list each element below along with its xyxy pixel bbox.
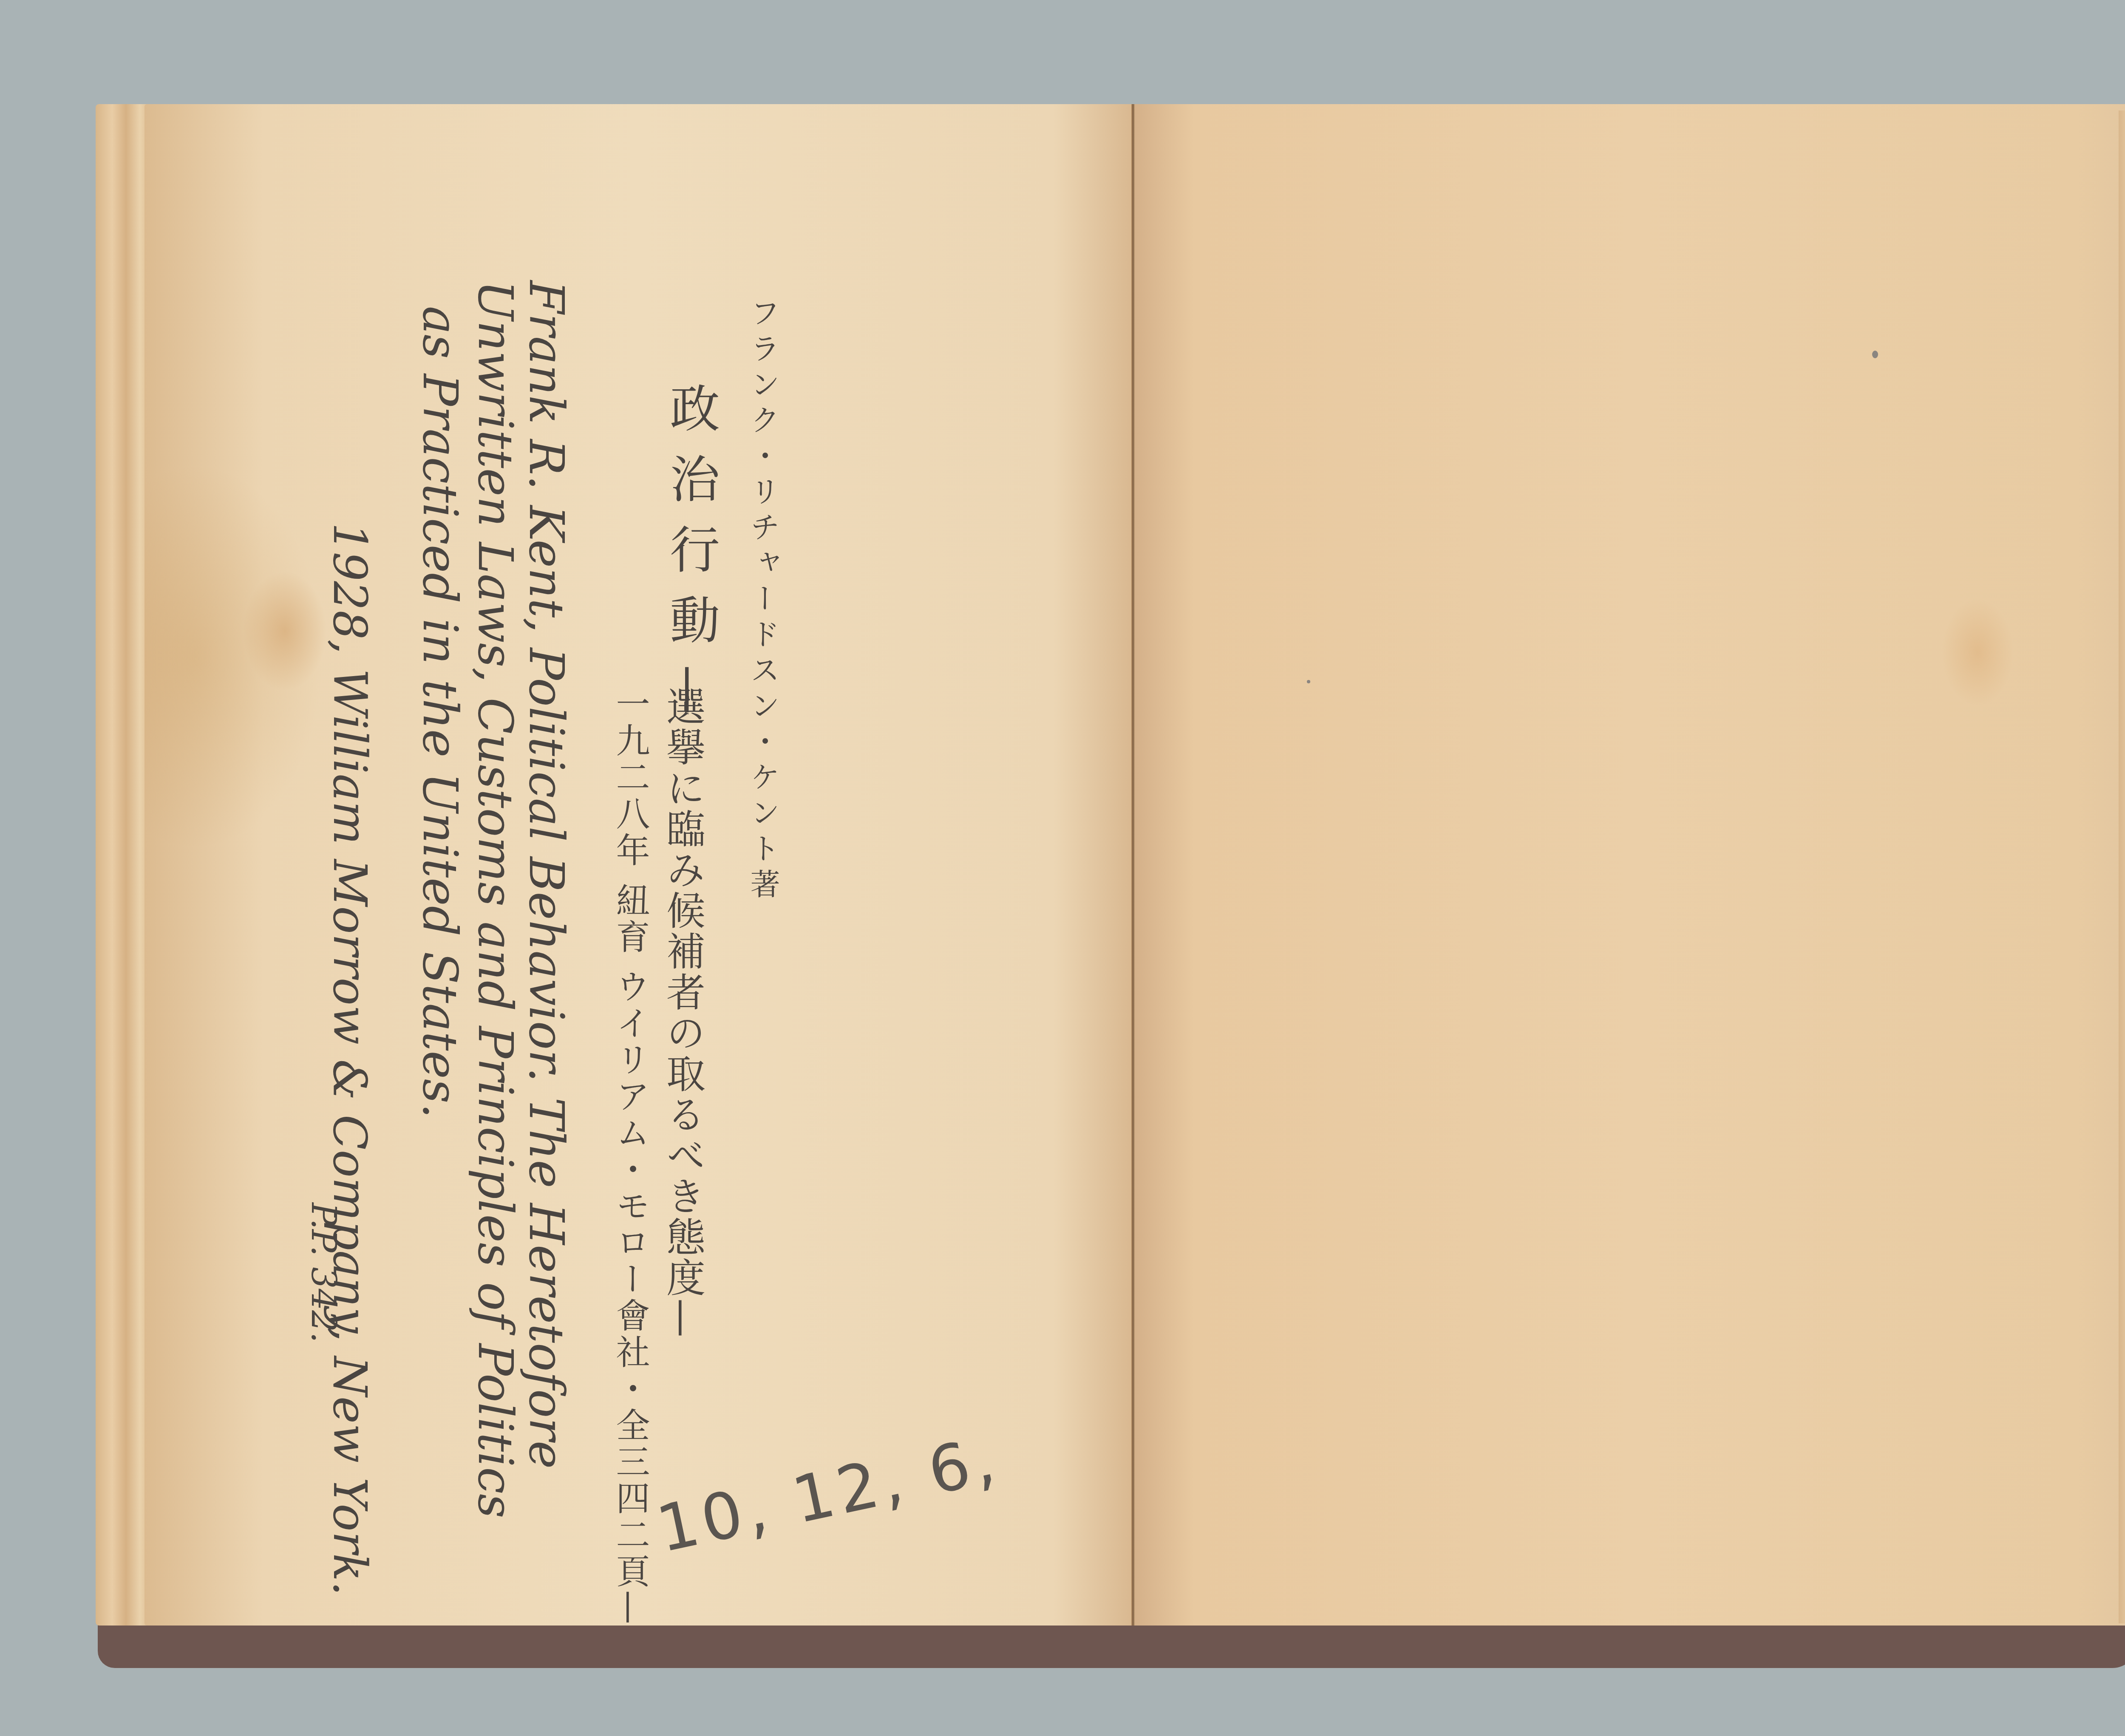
book-gutter [1131, 104, 1135, 1626]
right-page [1134, 104, 2125, 1626]
publication-japanese: 一九二八年 紐育 ウイリアム・モロー會社・全三四二頁— [606, 686, 654, 1627]
ink-spot [1307, 680, 1310, 683]
english-line-2: Unwritten Laws, Customs and Principles o… [467, 280, 523, 1518]
english-line-1: Frank R. Kent, Political Behavior. The H… [518, 280, 574, 1469]
title-japanese: 政治行動— [654, 382, 727, 735]
english-line-5: P.P. 342. [304, 1203, 343, 1343]
ink-spot [1872, 351, 1878, 358]
subtitle-japanese: 選擧に臨み候補者の取るべき態度— [654, 686, 711, 1339]
left-page-edges [96, 104, 151, 1626]
author-japanese: フランク・リチャードスン・ケント著 [742, 297, 785, 904]
right-page-edge [2119, 110, 2125, 1623]
book-cover-bottom [98, 1623, 2125, 1668]
english-line-4: 1928, William Morrow & Company, New York… [323, 523, 376, 1596]
english-line-3: as Practiced in the United States. [412, 306, 467, 1119]
